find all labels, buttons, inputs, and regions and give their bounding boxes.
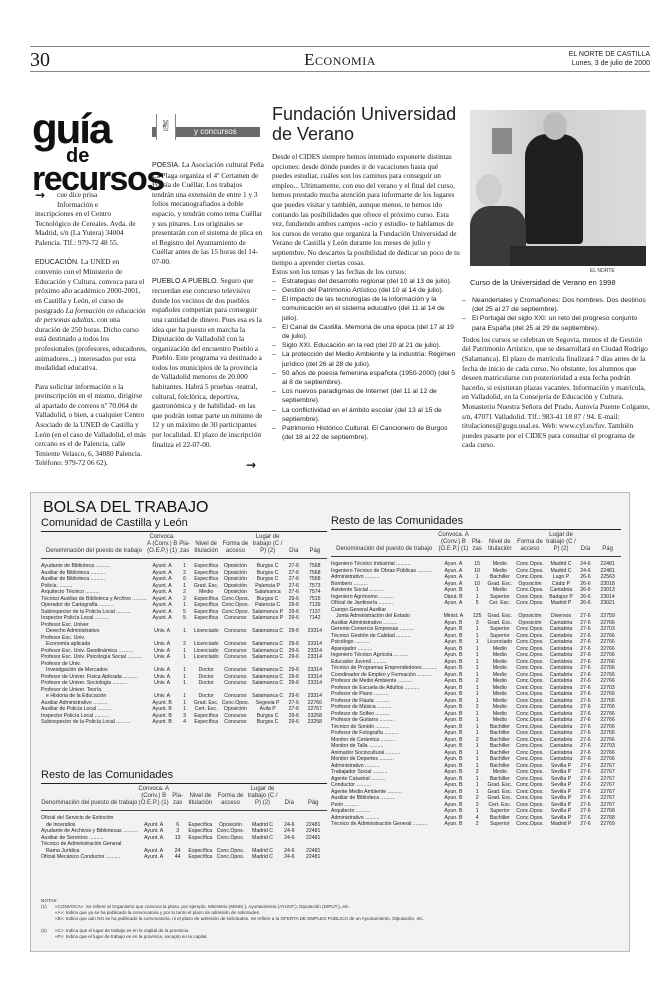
cell-lugar: Madrid C [545, 557, 577, 568]
guia-recursos-title: guía de recursos [32, 108, 142, 196]
cell-name: Ingeniero Técnico Industrial .......... [331, 557, 437, 568]
cell-plazas: 4 [177, 719, 191, 726]
cell-convoca: Ayun. A [437, 557, 469, 568]
cell-nivel: Superior [485, 821, 515, 828]
cell-plazas: 1 [177, 622, 191, 635]
cell-forma: Conc.Opos. [515, 782, 546, 789]
cell-forma: Conc.Opos. [515, 587, 546, 594]
job-board-title: BOLSA DEL TRABAJO [43, 499, 208, 517]
cell-pag: 22769 [594, 821, 621, 828]
cell-lugar: Cantabria [545, 691, 577, 698]
section-castilla-leon: Comunidad de Castilla y León Denominació… [41, 517, 327, 726]
cell-plazas: 1 [177, 687, 191, 700]
victory-hand-icon: ✌ [156, 114, 176, 140]
cell-nivel: Específica [192, 719, 221, 726]
table-row: Profesor de Univer. Teoríae Historia de … [41, 687, 327, 700]
course-item: 50 años de poesía femenina española (195… [272, 369, 460, 387]
cell-forma: Concurso [221, 635, 251, 648]
cell-forma: Conc.Opos. [215, 828, 246, 835]
cell-nivel: Cert. Esc. [192, 706, 221, 713]
cell-lugar: Cantabria [545, 678, 577, 685]
jobs-table: Denominación del puesto de trabajo Convo… [41, 784, 327, 861]
table-row: Cuerpo General AuxiliarJunta Administrac… [331, 607, 621, 620]
cell-forma: Conc.Opos. [515, 743, 546, 750]
cell-name: Profesor de Univ.Investigación de Mercad… [41, 661, 147, 674]
table-row: Oficial Mecánico Conductor ..........Ayu… [41, 854, 327, 861]
cell-nivel: Grad. Esc. [485, 795, 515, 802]
article-column-2: Neandertales y Cromañones: Dos hombres. … [462, 296, 650, 459]
cell-nivel: Cer. Esc. [485, 600, 515, 607]
cell-name: Técnico de Administración General ......… [331, 821, 437, 828]
photo-caption: Curso de la Universidad de Verano en 199… [470, 278, 650, 287]
cell-nivel: Específica [185, 828, 215, 835]
cell-lugar: Cantabria [545, 756, 577, 763]
cell-forma: Conc.Opos. [515, 652, 546, 659]
article-intro: Desde el CIDES siempre hemos intentado e… [272, 152, 460, 267]
cell-forma: Conc.Opos. [515, 795, 546, 802]
publication-name: EL NORTE DE CASTILLA [569, 50, 650, 59]
cell-nivel: Licenciado [485, 639, 515, 646]
cell-dia: 24-6 [577, 557, 594, 568]
cell-pag: 22759 [594, 607, 621, 620]
cell-lugar: Madrid C [246, 811, 280, 829]
cell-pag: 23314 [303, 687, 327, 700]
cell-plazas: 1 [177, 559, 191, 570]
course-item: El impacto de las tecnologías de la info… [272, 295, 460, 323]
cell-forma: Oposición [221, 706, 251, 713]
cell-forma: Concurso [221, 654, 251, 661]
table-row: Profesor Esc. Univer.Derecho Administrat… [41, 622, 327, 635]
cell-forma: Conc.Opos. [515, 756, 546, 763]
cell-lugar: Salamanca C [250, 654, 285, 661]
cell-dia: 29-6 [285, 622, 303, 635]
cell-name: Ayudante de Biblioteca .......... [41, 559, 147, 570]
cell-plazas: 44 [170, 854, 186, 861]
cell-lugar: Salamanca C [250, 635, 285, 648]
article-title: Fundación Universidad de Verano [272, 104, 472, 144]
cell-pag: 22481 [594, 557, 621, 568]
cell-plazas: 125 [469, 607, 484, 620]
section-title: Comunidad de Castilla y León [41, 517, 327, 532]
section-title: Economia [30, 50, 650, 70]
cell-nivel: Licenciado [192, 654, 221, 661]
cell-forma: Concurso [221, 680, 251, 687]
cell-lugar: Burgos C [250, 719, 285, 726]
cell-lugar: Cantabria [545, 717, 577, 724]
cell-forma: Conc.Opos. [515, 821, 546, 828]
cell-pag: 22481 [299, 811, 327, 829]
cell-lugar: Madrid C [246, 854, 280, 861]
cell-pag: 23258 [303, 719, 327, 726]
cell-name: Oficial Mecánico Conductor .......... [41, 854, 138, 861]
job-board: BOLSA DEL TRABAJO Comunidad de Castilla … [30, 492, 630, 952]
table-row: Subinspector de la Policía Local .......… [41, 719, 327, 726]
concursos-header: ✌ y concursos [152, 114, 260, 144]
table-row: Ingeniero Técnico Industrial ..........A… [331, 557, 621, 568]
cell-forma: Conc.Opos. [515, 678, 546, 685]
cell-lugar: Madrid P [545, 821, 577, 828]
publication-date: Lunes, 3 de julio de 2000 [569, 59, 650, 68]
cell-convoca: Univ. A [147, 687, 178, 700]
section-resto-comunidades-2: Resto de las Comunidades Denominación de… [331, 515, 621, 828]
cell-convoca: Ayunt. A [147, 559, 178, 570]
cell-name: Profesor de Univer. Teoríae Historia de … [41, 687, 147, 700]
concursos-poesia: POESIA. La Asociación cultural Peña La P… [152, 160, 264, 267]
cell-nivel: Licenciado [192, 622, 221, 635]
cell-lugar: Cantabria [545, 704, 577, 711]
cell-forma: Conc.Opos. [515, 600, 546, 607]
cell-pag: 7568 [303, 559, 327, 570]
cell-convoca: Univ. A [147, 622, 178, 635]
cell-forma: Concurso [221, 687, 251, 700]
guia-paragraph-3: Para solicitar información o la preinscr… [35, 382, 147, 468]
notes: NOTAS: (1)«CONVOCA»: Se refiere al Organ… [41, 898, 621, 940]
article-column-1: Desde el CIDES siempre hemos intentado e… [272, 152, 460, 442]
cell-forma: Conc.Opos. [215, 854, 246, 861]
cell-lugar: Salamanca C [250, 661, 285, 674]
cell-lugar: Salamanca P [250, 615, 285, 622]
cell-dia: 27-6 [577, 821, 594, 828]
cell-plazas: 2 [469, 821, 484, 828]
cell-forma: Concurso [221, 615, 251, 622]
table-row: Técnico de Administración General ......… [331, 821, 621, 828]
cell-nivel: Específica [185, 841, 215, 854]
cell-nivel: Medio [485, 557, 515, 568]
cell-name: Subinspector de la Policía Local .......… [41, 719, 147, 726]
cell-dia: 29-6 [285, 719, 303, 726]
cell-nivel: Doctor [192, 687, 221, 700]
cell-dia: 24-6 [279, 841, 299, 854]
cell-forma: Oposición [221, 589, 251, 596]
cell-forma: Oposición [515, 607, 546, 620]
cell-nivel: Grad. Esc. [485, 607, 515, 620]
cell-dia: 24-6 [279, 811, 299, 829]
cell-forma: Conc.Opos. [515, 691, 546, 698]
guia-paragraph-2: EDUCACIÓN. La UNED en convenio con el Mi… [35, 257, 147, 373]
page-header: 30 Economia EL NORTE DE CASTILLA Lunes, … [30, 46, 650, 72]
cell-dia: 27-6 [285, 559, 303, 570]
photo-credit: EL NORTE [590, 268, 615, 274]
article-photo [470, 110, 646, 266]
cell-name: Técnico de Administración GeneralRama Ju… [41, 841, 138, 854]
table-row: Profesor Esc. Univ.Economía aplicadaUniv… [41, 635, 327, 648]
cell-dia: 27-6 [577, 607, 594, 620]
cell-nivel: Específica [185, 811, 215, 829]
cell-forma: Conc.Opos. [515, 626, 546, 633]
course-list-intro: Estos son los temas y las fechas de los … [272, 267, 460, 277]
course-item: Los nuevos paradigmas de Internet (del 1… [272, 387, 460, 405]
course-item: Gestión del Patrimonio Artístico (del 10… [272, 286, 460, 295]
cell-forma: Conc.Opos. [215, 841, 246, 854]
concursos-column: POESIA. La Asociación cultural Peña La P… [152, 160, 264, 458]
cell-pag: 22481 [299, 854, 327, 861]
cell-convoca: Univ. A [147, 635, 178, 648]
concursos-label: y concursos [194, 127, 237, 137]
cell-nivel: Específica [192, 615, 221, 622]
cell-convoca: Univ. A [147, 661, 178, 674]
cell-plazas: 2 [177, 635, 191, 648]
cell-nivel: Específica [192, 576, 221, 583]
cell-forma: Concurso [221, 622, 251, 635]
cell-nivel: Específica [192, 602, 221, 609]
cell-forma: Concurso [221, 661, 251, 674]
course-list: Estrategias del desarrollo regional (del… [272, 277, 460, 443]
title-word-guia: guía [32, 108, 142, 150]
cell-lugar: Cantabria [545, 652, 577, 659]
cell-lugar: Cantabria [545, 730, 577, 737]
cell-forma: Conc.Opos. [515, 717, 546, 724]
cell-dia: 24-6 [279, 854, 299, 861]
cell-plazas: 1 [177, 661, 191, 674]
cell-forma: Conc.Opos. [215, 835, 246, 842]
cell-nivel: Específica [185, 835, 215, 842]
cell-forma: Conc.Opos. [221, 602, 251, 609]
course-item: El Canal de Castilla. Memoria de una épo… [272, 323, 460, 341]
cell-lugar: Cantabria [545, 665, 577, 672]
cell-convoca: Ayun. B [437, 821, 469, 828]
course-item: La protección del Medio Ambiente y la in… [272, 350, 460, 368]
table-row: Ayudante de Biblioteca ..........Ayunt. … [41, 559, 327, 570]
cell-pag: 23314 [303, 622, 327, 635]
cell-dia: 29-6 [285, 687, 303, 700]
cell-forma: Oposición [215, 811, 246, 829]
course-item: Estrategias del desarrollo regional (del… [272, 277, 460, 286]
course-item: El Portugal del siglo XXI: un reto del p… [462, 314, 650, 332]
article-closing: Todos los cursos se celebran en Segovia,… [462, 335, 650, 450]
publication-info: EL NORTE DE CASTILLA Lunes, 3 de julio d… [569, 50, 650, 68]
cell-lugar: Cantabria [545, 626, 577, 633]
cell-lugar: Cantabria [545, 639, 577, 646]
cell-forma: Conc.Opos. [515, 730, 546, 737]
table-row: Técnico de Administración GeneralRama Ju… [41, 841, 327, 854]
cell-lugar: Salamanca [250, 589, 285, 596]
cell-name: Profesor Esc. Univer.Derecho Administrat… [41, 622, 147, 635]
section-resto-comunidades: Resto de las Comunidades Denominación de… [41, 769, 327, 861]
cell-convoca: Minist. A [437, 607, 469, 620]
course-list-continued: Neandertales y Cromañones: Dos hombres. … [462, 296, 650, 333]
table-row: Oficial del Servicio de Extinciónde Ince… [41, 811, 327, 829]
cell-forma: Conc.Opos. [515, 639, 546, 646]
course-item: Siglo XXI. Educación en la red (del 20 a… [272, 341, 460, 350]
jobs-table: Denominación del puesto de trabajo Convo… [331, 530, 621, 828]
cell-forma: Oposición [221, 576, 251, 583]
cell-nivel: Específica [185, 854, 215, 861]
cell-forma: Conc.Opos. [515, 769, 546, 776]
cell-forma: Concurso [221, 719, 251, 726]
cell-convoca: Ayunt. B [147, 719, 178, 726]
arrow-right-icon: → [246, 458, 256, 472]
cell-pag: 23314 [303, 635, 327, 648]
cell-name: Profesor Esc. Univ.Economía aplicada [41, 635, 147, 648]
cell-plazas: 15 [469, 557, 484, 568]
cell-dia: 29-6 [285, 635, 303, 648]
section-title: Resto de las Comunidades [331, 515, 621, 530]
course-item: La conflictividad en el ámbito escolar (… [272, 406, 460, 424]
cell-forma: Conc.Opos. [515, 665, 546, 672]
jobs-table: Denominación del puesto de trabajo Convo… [41, 532, 327, 726]
cell-convoca: Ayunt. A [138, 811, 170, 829]
course-item: Patrimonio Histórico Cultural. El Cancio… [272, 424, 460, 442]
concursos-pueblo: PUEBLO A PUEBLO. Seguro que recuerdan es… [152, 276, 264, 450]
cell-name: Oficial del Servicio de Extinciónde Ince… [41, 811, 138, 829]
cell-forma: Conc.Opos. [515, 574, 546, 581]
cell-lugar: Palencia C [250, 602, 285, 609]
cell-pag: 23314 [303, 661, 327, 674]
guia-column: cue dice prisa Información e inscripcion… [35, 190, 147, 477]
cell-convoca: Ayunt. A [138, 841, 170, 854]
course-item: Neandertales y Cromañones: Dos hombres. … [462, 296, 650, 314]
table-row: Profesor de Univ.Investigación de Mercad… [41, 661, 327, 674]
cell-pag: 22481 [299, 841, 327, 854]
cell-nivel: Específica [192, 559, 221, 570]
cell-convoca: Ayunt. A [138, 854, 170, 861]
cell-forma: Conc.Opos. [515, 557, 546, 568]
cell-nivel: Doctor [192, 661, 221, 674]
cell-lugar: Madrid C [246, 841, 280, 854]
section-title: Resto de las Comunidades [41, 769, 327, 784]
cell-nivel: Grad. Esc. [485, 782, 515, 789]
cell-forma: Oposición [221, 559, 251, 570]
cell-forma: Conc.Opos. [515, 704, 546, 711]
cell-lugar: Salamanca C [250, 622, 285, 635]
cell-nivel: Licenciado [192, 635, 221, 648]
cell-lugar: Salamanca C [250, 680, 285, 687]
cell-plazas: 24 [170, 841, 186, 854]
cell-name: Cuerpo General AuxiliarJunta Administrac… [331, 607, 437, 620]
cell-lugar: Cantabria [545, 587, 577, 594]
cell-lugar: Cantabria [545, 743, 577, 750]
cell-plazas: 6 [170, 811, 186, 829]
guia-paragraph-1: cue dice prisa Información e inscripcion… [35, 190, 147, 248]
cell-lugar: Burgos C [250, 559, 285, 570]
cell-forma: Conc.Opos. [515, 808, 546, 815]
cell-dia: 29-6 [285, 661, 303, 674]
cell-lugar: Diversos [545, 607, 577, 620]
cell-lugar: Salamanca C [250, 687, 285, 700]
